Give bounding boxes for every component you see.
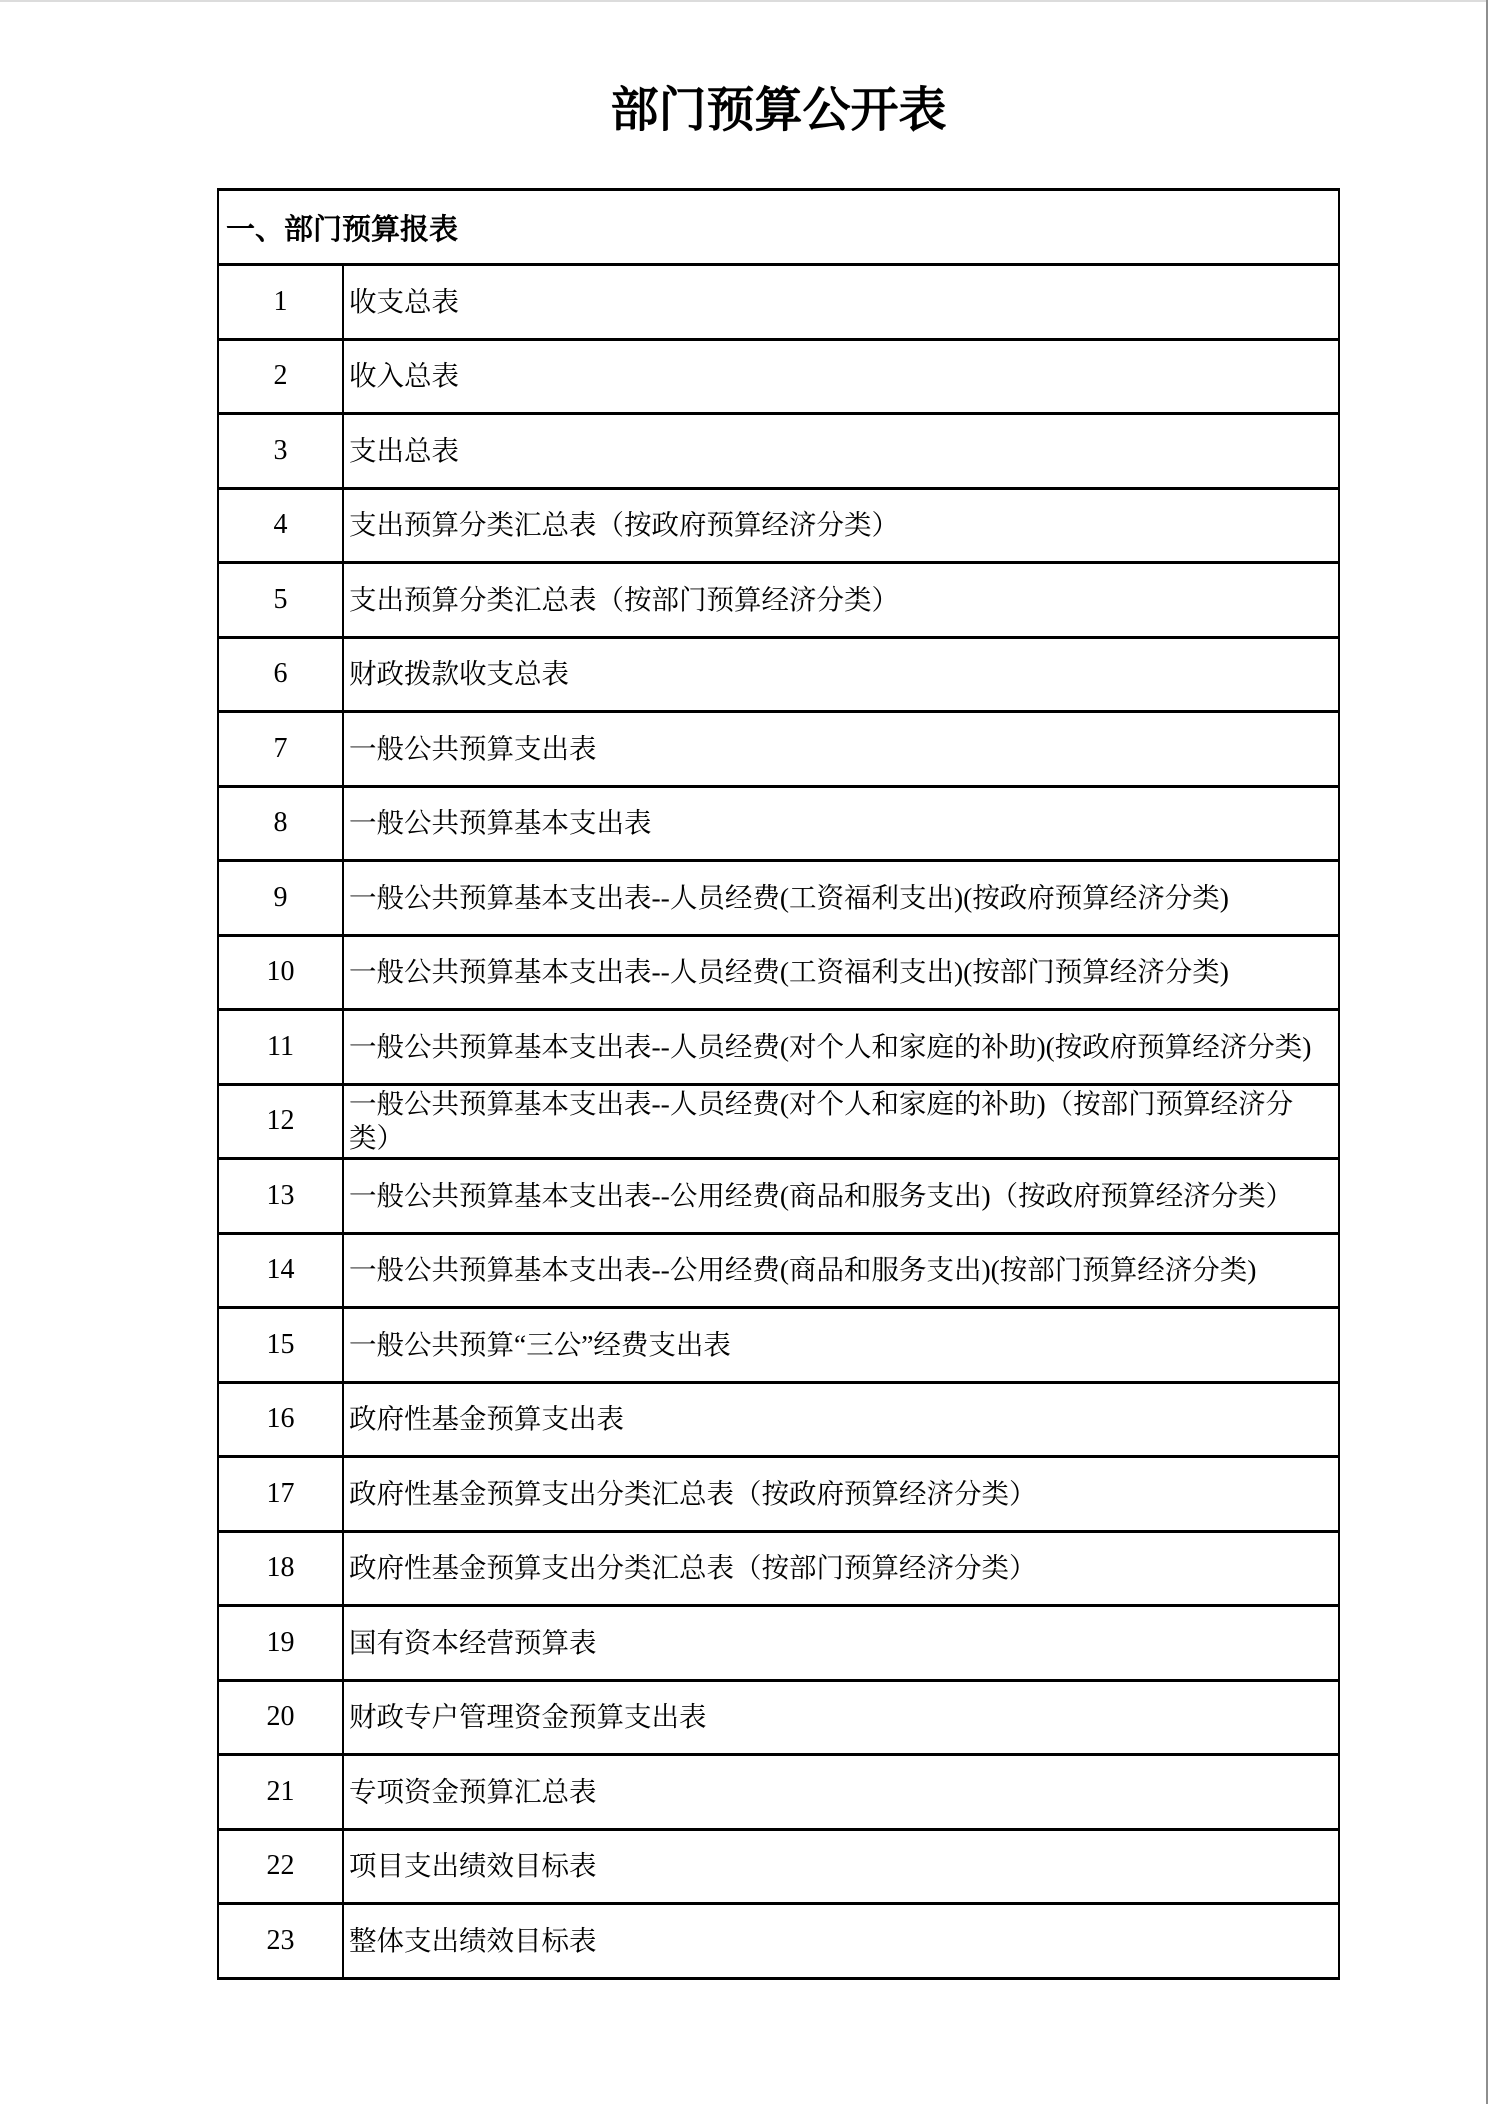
- table-row: 23 整体支出绩效目标表: [218, 1904, 1339, 1979]
- row-number: 2: [218, 339, 343, 414]
- row-number: 20: [218, 1680, 343, 1755]
- row-number: 1: [218, 265, 343, 340]
- row-name: 整体支出绩效目标表: [343, 1904, 1339, 1979]
- row-name: 收支总表: [343, 265, 1339, 340]
- page-title: 部门预算公开表: [217, 80, 1340, 142]
- row-number: 9: [218, 861, 343, 936]
- row-number: 14: [218, 1233, 343, 1308]
- table-row: 2 收入总表: [218, 339, 1339, 414]
- row-number: 19: [218, 1606, 343, 1681]
- row-name: 一般公共预算基本支出表--公用经费(商品和服务支出)（按政府预算经济分类）: [343, 1159, 1339, 1234]
- table-row: 5 支出预算分类汇总表（按部门预算经济分类）: [218, 563, 1339, 638]
- row-name: 支出预算分类汇总表（按政府预算经济分类）: [343, 488, 1339, 563]
- row-name: 国有资本经营预算表: [343, 1606, 1339, 1681]
- row-name: 支出预算分类汇总表（按部门预算经济分类）: [343, 563, 1339, 638]
- row-name: 政府性基金预算支出表: [343, 1382, 1339, 1457]
- row-name: 财政拨款收支总表: [343, 637, 1339, 712]
- row-name: 一般公共预算支出表: [343, 712, 1339, 787]
- table-body: 一、部门预算报表 1 收支总表 2 收入总表 3 支出总表 4 支出预算分类汇总…: [218, 190, 1339, 1979]
- table-row: 13 一般公共预算基本支出表--公用经费(商品和服务支出)（按政府预算经济分类）: [218, 1159, 1339, 1234]
- table-row: 21 专项资金预算汇总表: [218, 1755, 1339, 1830]
- row-number: 13: [218, 1159, 343, 1234]
- table-row: 15 一般公共预算“三公”经费支出表: [218, 1308, 1339, 1383]
- row-name: 政府性基金预算支出分类汇总表（按政府预算经济分类）: [343, 1457, 1339, 1532]
- row-name: 收入总表: [343, 339, 1339, 414]
- table-row: 14 一般公共预算基本支出表--公用经费(商品和服务支出)(按部门预算经济分类): [218, 1233, 1339, 1308]
- row-number: 7: [218, 712, 343, 787]
- row-name: 一般公共预算基本支出表--人员经费(对个人和家庭的补助)(按政府预算经济分类): [343, 1010, 1339, 1085]
- row-number: 5: [218, 563, 343, 638]
- row-number: 8: [218, 786, 343, 861]
- row-number: 11: [218, 1010, 343, 1085]
- row-number: 22: [218, 1829, 343, 1904]
- section-header-row: 一、部门预算报表: [218, 190, 1339, 265]
- row-name: 一般公共预算基本支出表--人员经费(对个人和家庭的补助)（按部门预算经济分类）: [343, 1084, 1339, 1159]
- row-name: 项目支出绩效目标表: [343, 1829, 1339, 1904]
- row-name: 一般公共预算基本支出表--公用经费(商品和服务支出)(按部门预算经济分类): [343, 1233, 1339, 1308]
- table-row: 4 支出预算分类汇总表（按政府预算经济分类）: [218, 488, 1339, 563]
- row-name: 一般公共预算基本支出表--人员经费(工资福利支出)(按部门预算经济分类): [343, 935, 1339, 1010]
- row-name: 支出总表: [343, 414, 1339, 489]
- row-name: 一般公共预算基本支出表--人员经费(工资福利支出)(按政府预算经济分类): [343, 861, 1339, 936]
- row-number: 17: [218, 1457, 343, 1532]
- row-number: 18: [218, 1531, 343, 1606]
- row-number: 4: [218, 488, 343, 563]
- row-name: 政府性基金预算支出分类汇总表（按部门预算经济分类）: [343, 1531, 1339, 1606]
- table-row: 7 一般公共预算支出表: [218, 712, 1339, 787]
- table-row: 6 财政拨款收支总表: [218, 637, 1339, 712]
- table-row: 11 一般公共预算基本支出表--人员经费(对个人和家庭的补助)(按政府预算经济分…: [218, 1010, 1339, 1085]
- row-number: 3: [218, 414, 343, 489]
- table-row: 19 国有资本经营预算表: [218, 1606, 1339, 1681]
- table-row: 9 一般公共预算基本支出表--人员经费(工资福利支出)(按政府预算经济分类): [218, 861, 1339, 936]
- row-number: 12: [218, 1084, 343, 1159]
- table-row: 10 一般公共预算基本支出表--人员经费(工资福利支出)(按部门预算经济分类): [218, 935, 1339, 1010]
- table-row: 3 支出总表: [218, 414, 1339, 489]
- table-row: 18 政府性基金预算支出分类汇总表（按部门预算经济分类）: [218, 1531, 1339, 1606]
- row-name: 专项资金预算汇总表: [343, 1755, 1339, 1830]
- table-row: 1 收支总表: [218, 265, 1339, 340]
- row-number: 6: [218, 637, 343, 712]
- row-number: 10: [218, 935, 343, 1010]
- table-row: 16 政府性基金预算支出表: [218, 1382, 1339, 1457]
- table-row: 12 一般公共预算基本支出表--人员经费(对个人和家庭的补助)（按部门预算经济分…: [218, 1084, 1339, 1159]
- row-number: 23: [218, 1904, 343, 1979]
- table-row: 22 项目支出绩效目标表: [218, 1829, 1339, 1904]
- section-header: 一、部门预算报表: [218, 190, 1339, 265]
- table-row: 8 一般公共预算基本支出表: [218, 786, 1339, 861]
- page-top-edge: [0, 0, 1488, 2]
- row-number: 15: [218, 1308, 343, 1383]
- budget-table: 一、部门预算报表 1 收支总表 2 收入总表 3 支出总表 4 支出预算分类汇总…: [217, 188, 1340, 1980]
- table-row: 17 政府性基金预算支出分类汇总表（按政府预算经济分类）: [218, 1457, 1339, 1532]
- row-number: 16: [218, 1382, 343, 1457]
- table-row: 20 财政专户管理资金预算支出表: [218, 1680, 1339, 1755]
- row-number: 21: [218, 1755, 343, 1830]
- row-name: 一般公共预算基本支出表: [343, 786, 1339, 861]
- row-name: 一般公共预算“三公”经费支出表: [343, 1308, 1339, 1383]
- row-name: 财政专户管理资金预算支出表: [343, 1680, 1339, 1755]
